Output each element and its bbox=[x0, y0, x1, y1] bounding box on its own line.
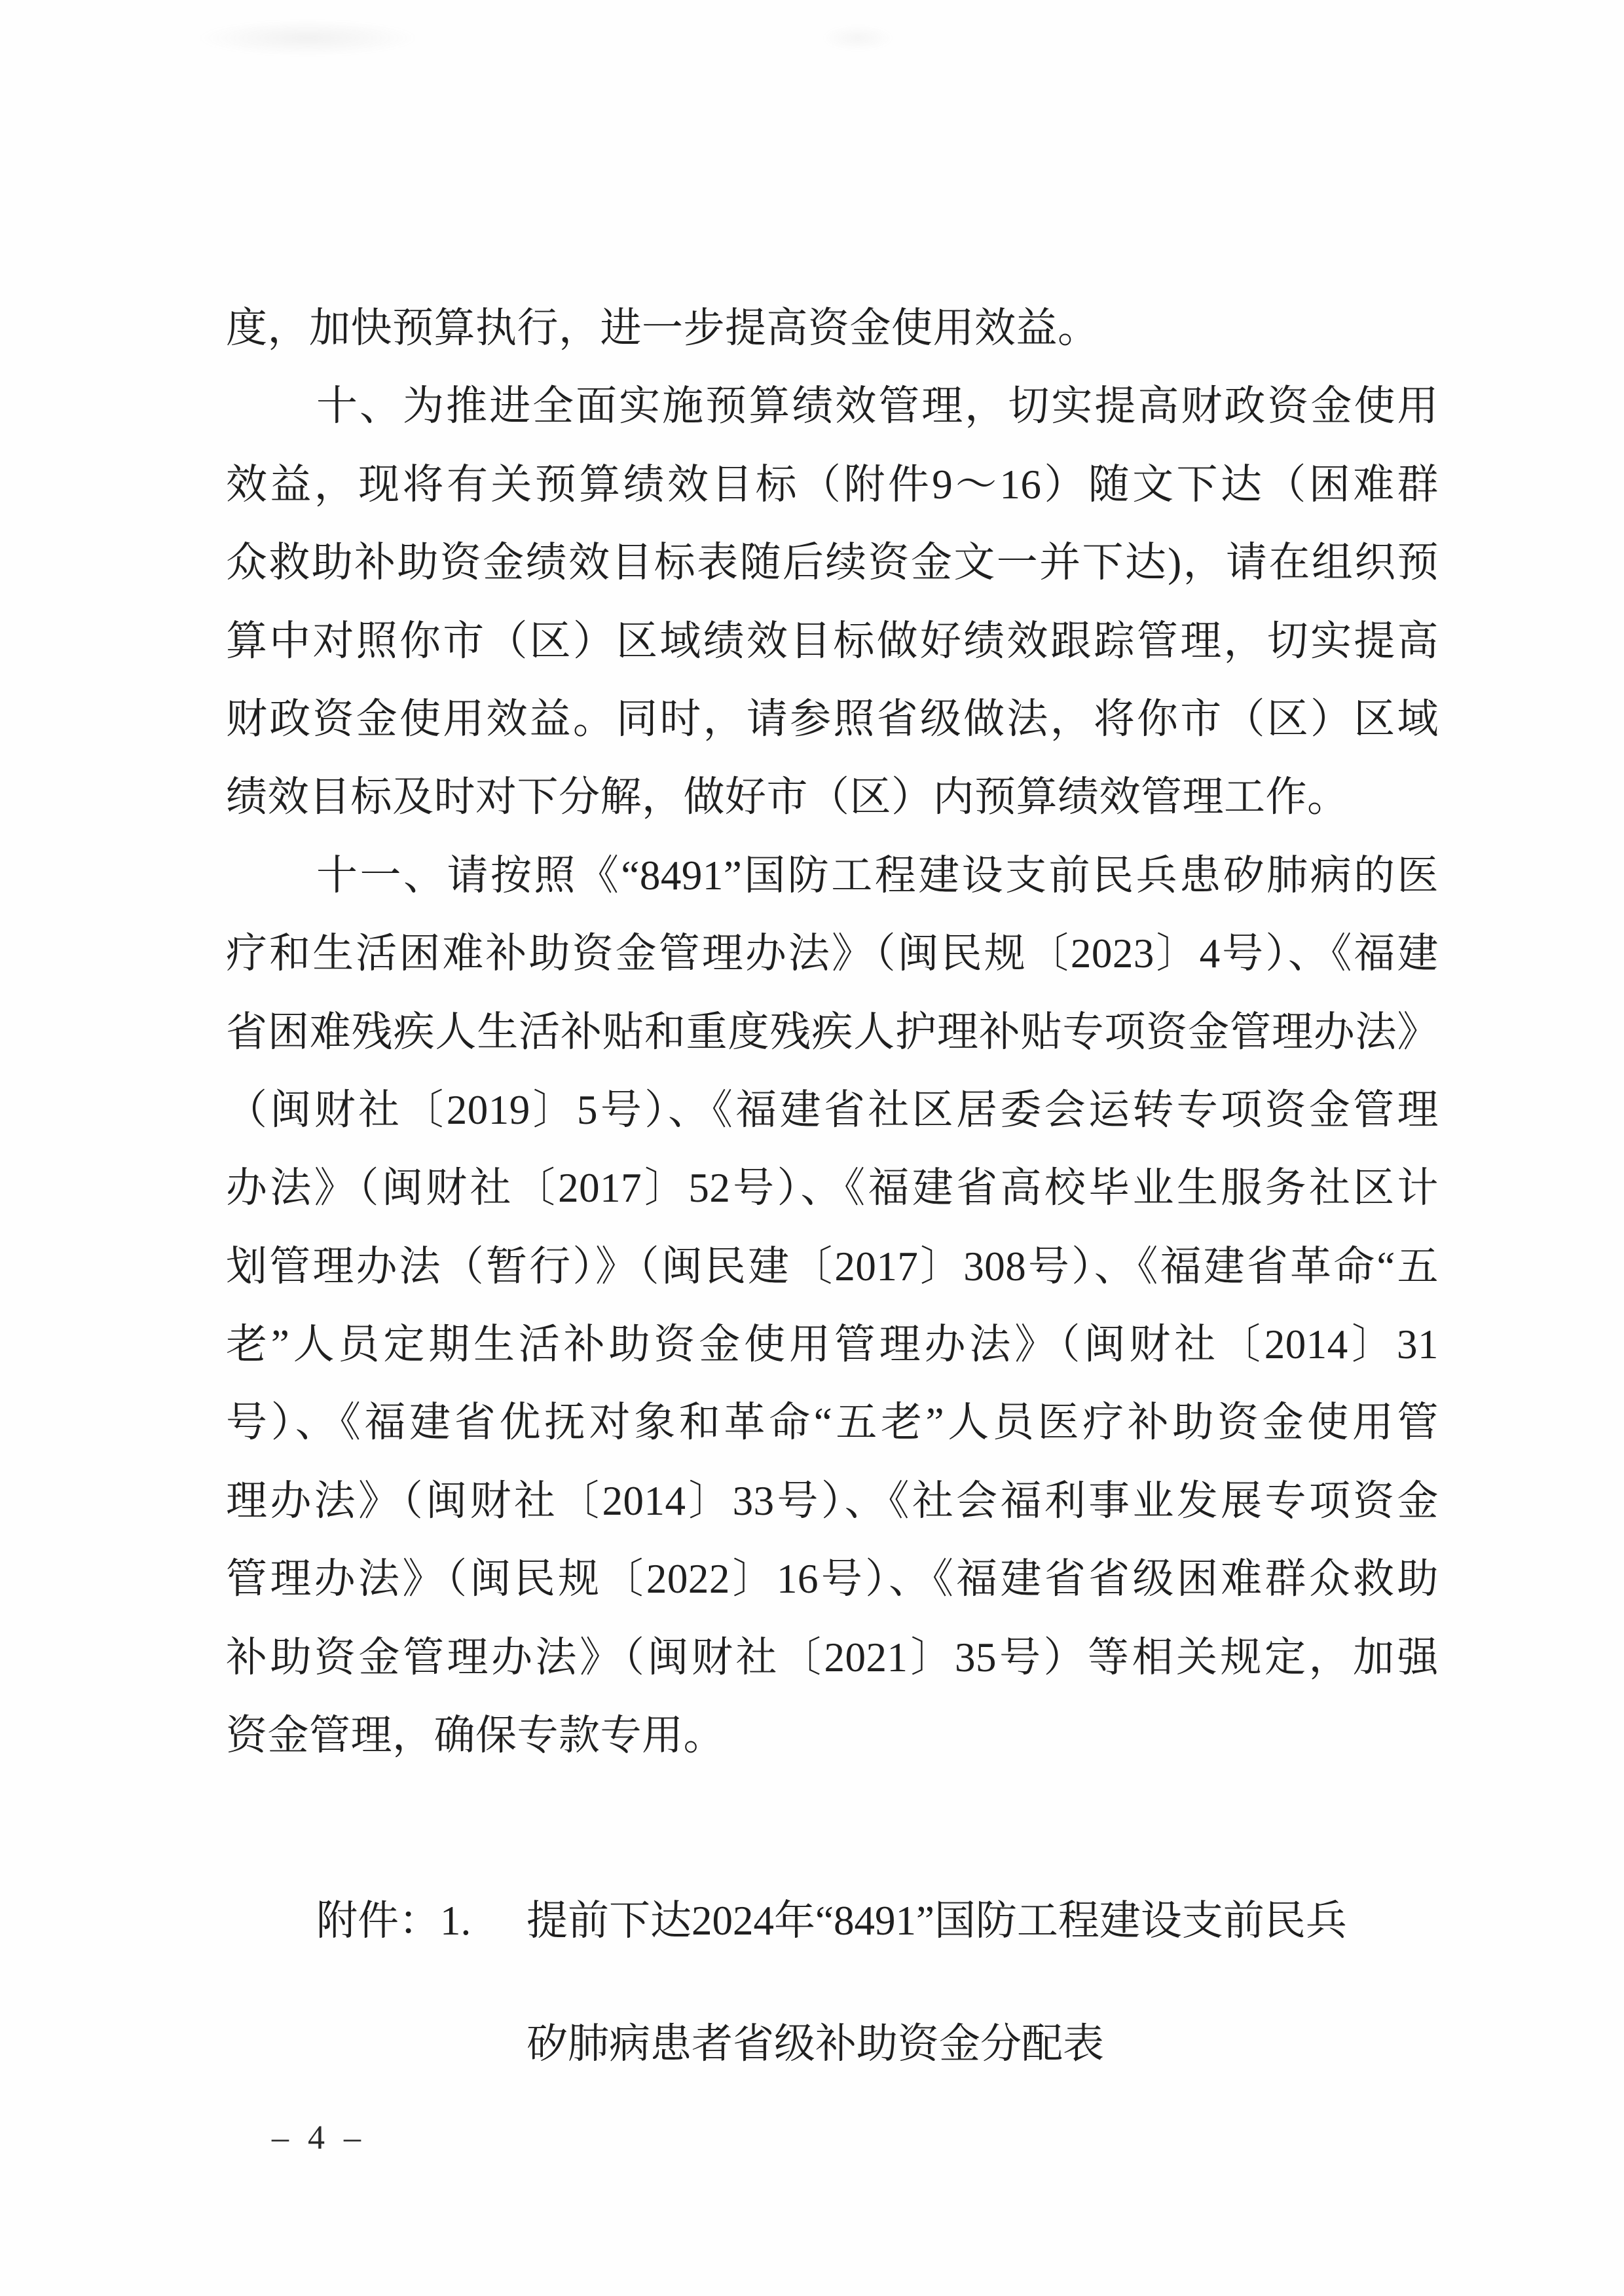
attachment-item-1-text-continued: 矽肺病患者省级补助资金分配表 bbox=[526, 2005, 1104, 2083]
text-line: 十、为推进全面实施预算绩效管理，切实提高财政资金使用 bbox=[226, 367, 1439, 445]
text-line: 管理办法》（闽民规〔2022〕16号）、《福建省省级困难群众救助 bbox=[226, 1540, 1439, 1618]
scan-artifact bbox=[822, 25, 894, 51]
attachment-item-1-text: 提前下达2024年“8491”国防工程建设支前民兵 bbox=[526, 1898, 1347, 1944]
text-line: 号）、《福建省优抚对象和革命“五老”人员医疗补助资金使用管 bbox=[226, 1384, 1439, 1462]
text-line: 效益，现将有关预算绩效目标（附件9～16）随文下达（困难群 bbox=[226, 446, 1439, 524]
text-line: 十一、请按照《“8491”国防工程建设支前民兵患矽肺病的医 bbox=[226, 837, 1439, 915]
text-line: 众救助补助资金绩效目标表随后续资金文一并下达)，请在组织预 bbox=[226, 524, 1439, 602]
text-line: （闽财社〔2019〕5号）、《福建省社区居委会运转专项资金管理 bbox=[226, 1071, 1439, 1149]
scan-artifact bbox=[196, 20, 419, 56]
text-line: 绩效目标及时对下分解，做好市（区）内预算绩效管理工作。 bbox=[226, 758, 1439, 836]
text-line: 度，加快预算执行，进一步提高资金使用效益。 bbox=[226, 289, 1439, 367]
text-line: 省困难残疾人生活补贴和重度残疾人护理补贴专项资金管理办法》 bbox=[226, 993, 1439, 1071]
attachment-line-1: 附件：1.提前下达2024年“8491”国防工程建设支前民兵 bbox=[316, 1882, 1443, 1960]
text-line: 理办法》（闽财社〔2014〕33号）、《社会福利事业发展专项资金 bbox=[226, 1462, 1439, 1540]
text-line: 财政资金使用效益。同时，请参照省级做法，将你市（区）区域 bbox=[226, 680, 1439, 758]
page-number: – 4 – bbox=[253, 2113, 384, 2163]
text-line: 疗和生活困难补助资金管理办法》（闽民规〔2023〕4号）、《福建 bbox=[226, 915, 1439, 993]
document-page: 度，加快预算执行，进一步提高资金使用效益。十、为推进全面实施预算绩效管理，切实提… bbox=[0, 0, 1624, 2296]
document-body: 度，加快预算执行，进一步提高资金使用效益。十、为推进全面实施预算绩效管理，切实提… bbox=[226, 289, 1439, 1775]
text-line: 办法》（闽财社〔2017〕52号）、《福建省高校毕业生服务社区计 bbox=[226, 1149, 1439, 1227]
text-line: 老”人员定期生活补助资金使用管理办法》（闽财社〔2014〕31 bbox=[226, 1306, 1439, 1384]
text-line: 划管理办法（暂行）》（闽民建〔2017〕308号）、《福建省革命“五 bbox=[226, 1228, 1439, 1306]
text-line: 资金管理，确保专款专用。 bbox=[226, 1697, 1439, 1775]
text-line: 补助资金管理办法》（闽财社〔2021〕35号）等相关规定，加强 bbox=[226, 1619, 1439, 1697]
text-line: 算中对照你市（区）区域绩效目标做好绩效跟踪管理，切实提高 bbox=[226, 602, 1439, 680]
attachment-label: 附件：1. bbox=[316, 1882, 526, 1960]
